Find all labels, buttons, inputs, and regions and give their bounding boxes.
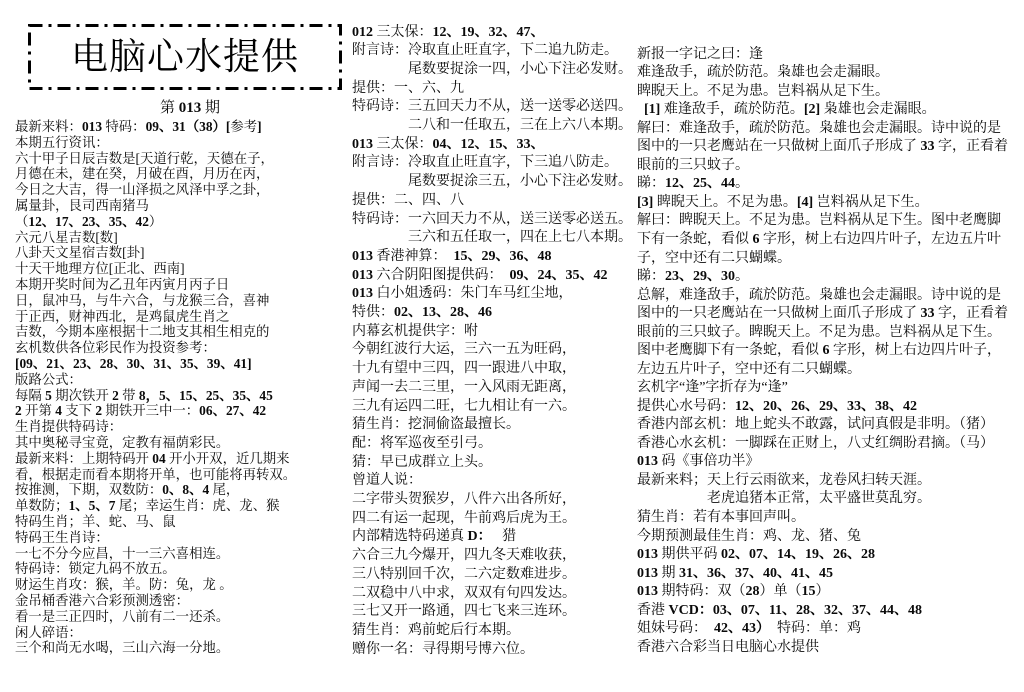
- text-segment: 带: [119, 388, 139, 403]
- bold-segment: 013: [637, 547, 658, 562]
- bold-segment: 1、5、7: [69, 498, 116, 513]
- text-segment: 看一是三正四时，八前有二一还杀。: [15, 609, 229, 624]
- text-segment: 三太保：: [373, 25, 433, 40]
- bold-segment: 06、27、42: [199, 403, 266, 418]
- bold-segment: 09、24、35、42: [510, 268, 608, 283]
- text-segment: 其中奥秘寻宝竟，定教有福荫彩民。: [15, 435, 229, 450]
- text-segment: 特码：: [102, 119, 146, 134]
- text-line: 玄机数供各位彩民作为投资参考：: [15, 340, 340, 356]
- text-segment: 猜生肖：若有本事回声叫。: [637, 510, 805, 525]
- text-segment: 今期预测最佳生肖：鸡、龙、猪、兔: [637, 529, 861, 544]
- text-line: 六十甲子日辰吉数是[天道行乾，天德在子，: [15, 151, 340, 167]
- bold-segment: 5: [45, 388, 52, 403]
- text-segment: 月德在未，建在癸，月破在酉，月历在丙，: [15, 166, 269, 181]
- text-segment: 二字带头贺猴岁，八件六出各所好，: [352, 492, 576, 507]
- bold-segment: 2: [15, 403, 22, 418]
- text-segment: 属量卦，艮司西南猪马: [15, 198, 149, 213]
- text-segment: 期: [658, 566, 679, 581]
- page-title: 电脑心水提供: [28, 24, 342, 90]
- bold-segment: 6: [753, 232, 760, 247]
- bold-segment: 012: [352, 25, 373, 40]
- text-line: 总解，难逢敌手，疏於防范。枭雄也会走漏眼。诗中说的是: [637, 287, 1009, 306]
- text-segment: 香港神算：: [373, 249, 454, 264]
- text-segment: 香港六合彩当日电脑心水提供: [637, 640, 819, 655]
- text-line: 013 期特码：双（28）单（15）: [637, 583, 1009, 602]
- text-line: 最新来料：上期特码开 04 开小开双，近几期来: [15, 451, 340, 467]
- text-segment: 二八和一任取五，三在上六八本期。: [408, 118, 632, 133]
- text-segment: 十九有望中三四，四一跟进八中取，: [352, 361, 576, 376]
- text-line: [09、21、23、28、30、31、35、39、41]: [15, 356, 340, 372]
- text-segment: 难逢敌手，疏於防范。: [660, 102, 804, 117]
- text-line: 看，根据走而看本期将开单，也可能将再转双。: [15, 467, 340, 483]
- bold-segment: [1]: [644, 102, 660, 117]
- text-segment: 解曰：难逢敌手，疏於防范。枭雄也会走漏眼。诗中说的是: [637, 121, 1001, 136]
- text-line: 013 期供平码 02、07、14、19、26、28: [637, 546, 1009, 565]
- text-line: 一七不分今应昌，十一三六喜相连。: [15, 546, 340, 562]
- text-line: 吉数，今期本座根据十二地支其相生相克的: [15, 324, 340, 340]
- text-line: 睇：23、29、30。: [637, 268, 1009, 287]
- text-segment: 三八特别回千次，二六定数难进步。: [352, 567, 576, 582]
- text-line: 附言诗：冷取直止旺直字，下三追八防走。: [352, 154, 634, 173]
- text-line: 附言诗：冷取直止旺直字，下二追九防走。: [352, 42, 634, 61]
- bold-segment: 15: [802, 584, 816, 599]
- text-line: 013 香港神算： 15、29、36、48: [352, 248, 634, 267]
- text-segment: 特码生肖；羊、蛇、马、鼠: [15, 514, 176, 529]
- text-segment: 三个和尚无水喝，三山六海一分地。: [15, 640, 229, 655]
- text-segment: 子，空中还有二只蝴蝶。: [637, 251, 791, 266]
- text-segment: 猜生肖：挖洞偷盗最擅长。: [352, 417, 520, 432]
- text-segment: 三七又开一路通，四七飞来三连环。: [352, 604, 576, 619]
- text-segment: 解曰：睥睨天上。不足为患。岂料祸从足下生。图中老鹰脚: [637, 213, 1001, 228]
- text-line: 生肖提供特码诗：: [15, 419, 340, 435]
- text-line: 013 三太保：04、12、15、33、: [352, 136, 634, 155]
- bold-segment: 0、8、4: [162, 482, 209, 497]
- text-segment: 猎: [492, 529, 517, 544]
- text-line: 六元八星吉数[数]: [15, 230, 340, 246]
- text-segment: 香港心水玄机：一脚踩在正财上，八丈红绸盼君摘。（马）: [637, 436, 994, 451]
- bold-segment: 12、25、44: [665, 176, 735, 191]
- text-line: 看一是三正四时，八前有二一还杀。: [15, 609, 340, 625]
- text-line: 图中老鹰脚下有一条蛇，看似 6 字形，树上右边四片叶子，: [637, 342, 1009, 361]
- text-line: 十天干地理方位[正北、西南]: [15, 261, 340, 277]
- text-segment: 老虎追猪本正常，太平盛世莫乱穷。: [707, 491, 931, 506]
- bold-segment: 02、13、28、46: [394, 305, 492, 320]
- text-segment: 开小开双，近几期来: [166, 451, 290, 466]
- text-segment: 难逢敌手，疏於防范。枭雄也会走漏眼。: [637, 65, 889, 80]
- text-segment: 三六和五任取一，四在上七八本期。: [408, 230, 632, 245]
- text-segment: 白小姐透码：朱门车马红尘地，: [373, 286, 573, 301]
- text-segment: 玄机字“逢”字折存为“逢”: [637, 380, 788, 395]
- bold-segment: 12、19、32、47、: [433, 25, 545, 40]
- text-segment: 字形，树上右边四片叶子，左边五片叶: [760, 232, 1002, 247]
- text-segment: 开第: [22, 403, 55, 418]
- bold-segment: 04: [152, 451, 165, 466]
- text-line: 单数防；1、5、7 尾；幸运生肖：虎、龙、猴: [15, 498, 340, 514]
- bold-segment: 2: [112, 388, 119, 403]
- text-line: 二双稳中八中求，双双有句四发达。: [352, 585, 634, 604]
- bold-segment: [4]: [797, 195, 813, 210]
- text-line: 每隔 5 期次铁开 2 带 8，5、15、25、35、45: [15, 388, 340, 404]
- text-line: 尾数要捉涂三五，小心下注必发财。: [352, 173, 634, 192]
- text-segment: 提供：二、四、八: [352, 193, 464, 208]
- text-segment: 生肖提供特码诗：: [15, 419, 122, 434]
- text-segment: 今朝红波行大运，三六一五为旺码，: [352, 342, 576, 357]
- text-line: 特码诗：三五回天力不从，送一送零必送四。: [352, 98, 634, 117]
- text-line: 013 期 31、36、37、40、41、45: [637, 565, 1009, 584]
- text-segment: 尾，: [209, 482, 239, 497]
- text-line: 012 三太保：12、19、32、47、: [352, 24, 634, 43]
- text-segment: 特码王生肖诗：: [15, 530, 109, 545]
- text-line: 八卦天文星宿吉数[卦]: [15, 245, 340, 261]
- text-line: 今朝红波行大运，三六一五为旺码，: [352, 341, 634, 360]
- text-segment: 吉数，今期本座根据十二地支其相生相克的: [15, 324, 269, 339]
- text-line: （12、17、23、35、42）: [15, 214, 340, 230]
- text-segment: 每隔: [15, 388, 45, 403]
- text-line: 眼前的三只蚊子。: [637, 157, 1009, 176]
- text-line: 老虎追猪本正常，太平盛世莫乱穷。: [637, 490, 1009, 509]
- text-line: 最新来料；天上行云雨欲来，龙卷风扫转天涯。: [637, 472, 1009, 491]
- text-segment: 。: [735, 176, 749, 191]
- text-segment: 内部精选特码递真: [352, 529, 468, 544]
- text-segment: 六合阴阳图提供码：: [373, 268, 510, 283]
- text-segment: 左边五片叶子，空中还有二只蝴蝶。: [637, 362, 861, 377]
- text-line: 金吊桶香港六合彩预测透密：: [15, 593, 340, 609]
- bold-segment: [2]: [804, 102, 820, 117]
- bold-segment: 013: [82, 119, 102, 134]
- text-line: 四二有运一起现，牛前鸡后虎为王。: [352, 510, 634, 529]
- text-segment: 三九有运四二旺，七九相让有一六。: [352, 399, 576, 414]
- text-segment: （: [15, 214, 28, 229]
- text-segment: 下有一条蛇，看似: [637, 232, 753, 247]
- bold-segment: [09、21、23、28、30、31、35、39、41]: [15, 356, 252, 371]
- text-segment: 三太保：: [373, 137, 433, 152]
- issue-heading: 第 013 期: [160, 98, 220, 118]
- text-line: 子，空中还有二只蝴蝶。: [637, 250, 1009, 269]
- text-segment: 今日之大吉，得一山泽损之风泽中孚之卦，: [15, 182, 269, 197]
- text-segment: 猜：早已成群立上头。: [352, 455, 492, 470]
- text-segment: 一七不分今应昌，十一三六喜相连。: [15, 546, 229, 561]
- text-segment: 睇：: [637, 269, 665, 284]
- text-line: 闲人碎语：: [15, 625, 340, 641]
- text-segment: 字形，树上右边四片叶子，: [830, 343, 1002, 358]
- text-segment: 特码诗：一六回天力不从，送三送零必送五。: [352, 212, 632, 227]
- text-segment: 四二有运一起现，牛前鸡后虎为王。: [352, 511, 576, 526]
- text-line: 内幕玄机提供字：咐: [352, 323, 634, 342]
- text-line: 尾数要捉涂一四，小心下注必发财。: [352, 61, 634, 80]
- text-segment: 图中的一只老鹰站在一只做树上面爪子形成了: [637, 306, 921, 321]
- text-line: 三七又开一路通，四七飞来三连环。: [352, 603, 634, 622]
- text-line: 2 开第 4 支下 2 期铁开三中一：06、27、42: [15, 403, 340, 419]
- text-line: [3] 睥睨天上。不足为患。[4] 岂料祸从足下生。: [637, 194, 1009, 213]
- text-line: 猜生肖：若有本事回声叫。: [637, 509, 1009, 528]
- text-segment: 附言诗：冷取直止旺直字，下二追九防走。: [352, 43, 618, 58]
- text-segment: ）: [149, 214, 162, 229]
- bold-segment: 12、17、23、35、42: [28, 214, 149, 229]
- text-segment: 最新来料；天上行云雨欲来，龙卷风扫转天涯。: [637, 473, 931, 488]
- bold-segment: 013: [352, 286, 373, 301]
- text-line: 于正西，财神西北，是鸡鼠虎生肖之: [15, 309, 340, 325]
- issue-suffix: 期: [201, 100, 220, 116]
- text-line: 新报一字记之曰：逢: [637, 46, 1009, 65]
- text-line: 左边五片叶子，空中还有二只蝴蝶。: [637, 361, 1009, 380]
- text-line: 三个和尚无水喝，三山六海一分地。: [15, 640, 340, 656]
- bold-segment: 013: [637, 584, 658, 599]
- text-line: 本期五行资讯：: [15, 135, 340, 151]
- text-line: 013 六合阴阳图提供码： 09、24、35、42: [352, 267, 634, 286]
- text-line: 十九有望中三四，四一跟进八中取，: [352, 360, 634, 379]
- bold-segment: [3]: [637, 195, 653, 210]
- bold-segment: 4: [55, 403, 62, 418]
- text-segment: 尾；幸运生肖：虎、龙、猴: [115, 498, 279, 513]
- text-segment: 于正西，财神西北，是鸡鼠虎生肖之: [15, 309, 229, 324]
- text-segment: 字，正看着: [935, 139, 1009, 154]
- text-line: 声闻一去二三里，一入风雨无距离，: [352, 379, 634, 398]
- text-segment: 闲人碎语：: [15, 625, 82, 640]
- text-line: 二八和一任取五，三在上六八本期。: [352, 117, 634, 136]
- text-line: 013 白小姐透码：朱门车马红尘地，: [352, 285, 634, 304]
- text-segment: 期铁开三中一：: [102, 403, 199, 418]
- text-segment: 枭雄也会走漏眼。: [820, 102, 936, 117]
- text-line: 图中的一只老鹰站在一只做树上面爪子形成了 33 字，正看着: [637, 138, 1009, 157]
- bold-segment: 02、07、14、19、26、28: [721, 547, 875, 562]
- text-segment: 姐妹号码：: [637, 621, 714, 636]
- text-line: 眼前的三只蚊子。睥睨天上。不足为患。岂料祸从足下生。: [637, 324, 1009, 343]
- bold-segment: 6: [823, 343, 830, 358]
- middle-column: 012 三太保：12、19、32、47、附言诗：冷取直止旺直字，下二追九防走。尾…: [352, 24, 634, 660]
- bold-segment: 013: [637, 566, 658, 581]
- text-segment: 睥睨天上。不足为患。岂料祸从足下生。: [637, 84, 889, 99]
- text-segment: 本期开奖时间为乙丑年丙寅月丙子日: [15, 277, 229, 292]
- text-line: 解曰：睥睨天上。不足为患。岂料祸从足下生。图中老鹰脚: [637, 212, 1009, 231]
- text-line: 提供心水号码：12、20、26、29、33、38、42: [637, 398, 1009, 417]
- text-segment: 二双稳中八中求，双双有句四发达。: [352, 586, 576, 601]
- text-segment: 图中的一只老鹰站在一只做树上面爪子形成了: [637, 139, 921, 154]
- bold-segment: 04、12、15、33、: [433, 137, 545, 152]
- text-line: 猜生肖：鸡前蛇后行本期。: [352, 622, 634, 641]
- text-line: 三六和五任取一，四在上七八本期。: [352, 229, 634, 248]
- text-segment: 财运生肖攻：猴，羊。防：兔，龙 。: [15, 577, 233, 592]
- text-segment: 字，正看着: [935, 306, 1009, 321]
- text-line: 难逢敌手，疏於防范。枭雄也会走漏眼。: [637, 64, 1009, 83]
- text-segment: 曾道人说：: [352, 473, 422, 488]
- text-segment: 期特码：双（: [658, 584, 746, 599]
- text-segment: 岂料祸从足下生。: [813, 195, 929, 210]
- text-segment: 最新来料：: [15, 119, 82, 134]
- text-segment: 支下: [62, 403, 95, 418]
- text-line: 特码诗：一六回天力不从，送三送零必送五。: [352, 211, 634, 230]
- text-line: 曾道人说：: [352, 472, 634, 491]
- text-line: 日，鼠冲马，与牛六合，与龙猴三合，喜神: [15, 293, 340, 309]
- text-segment: 期供平码: [658, 547, 721, 562]
- bold-segment: 33: [921, 139, 935, 154]
- text-line: 今期预测最佳生肖：鸡、龙、猪、兔: [637, 528, 1009, 547]
- text-line: 今日之大吉，得一山泽损之风泽中孚之卦，: [15, 182, 340, 198]
- text-segment: 期次铁开: [52, 388, 112, 403]
- text-segment: ）: [816, 584, 830, 599]
- text-line: 下有一条蛇，看似 6 字形，树上右边四片叶子，左边五片叶: [637, 231, 1009, 250]
- bold-segment: 013: [352, 137, 373, 152]
- text-segment: 最新来料：上期特码开: [15, 451, 152, 466]
- text-line: 版路公式：: [15, 372, 340, 388]
- text-line: 属量卦，艮司西南猪马: [15, 198, 340, 214]
- text-segment: 附言诗：冷取直止旺直字，下三追八防走。: [352, 155, 618, 170]
- text-segment: 六合三九今爆开，四九冬天难收获，: [352, 548, 576, 563]
- text-segment: 八卦天文星宿吉数[卦]: [15, 245, 144, 260]
- text-segment: 尾数要捉涂三五，小心下注必发财。: [408, 174, 632, 189]
- text-line: 财运生肖攻：猴，羊。防：兔，龙 。: [15, 577, 340, 593]
- text-segment: 新报一字记之曰：逢: [637, 47, 763, 62]
- text-segment: 单数防；: [15, 498, 69, 513]
- text-line: 配：将军巡夜至引弓。: [352, 435, 634, 454]
- bold-segment: 013: [352, 268, 373, 283]
- text-segment: 。: [735, 269, 749, 284]
- text-line: 香港六合彩当日电脑心水提供: [637, 639, 1009, 658]
- text-segment: 六元八星吉数[数]: [15, 230, 118, 245]
- text-line: 提供：二、四、八: [352, 192, 634, 211]
- text-line: 提供：一、六、九: [352, 80, 634, 99]
- left-column: 最新来料：013 特码：09、31（38）[参考]本期五行资讯：六十甲子日辰吉数…: [15, 119, 340, 656]
- text-segment: 总解，难逢敌手，疏於防范。枭雄也会走漏眼。诗中说的是: [637, 288, 1001, 303]
- text-segment: 眼前的三只蚊子。睥睨天上。不足为患。岂料祸从足下生。: [637, 325, 1001, 340]
- bold-segment: 28: [746, 584, 760, 599]
- text-segment: 内幕玄机提供字：咐: [352, 324, 478, 339]
- text-line: 特码生肖；羊、蛇、马、鼠: [15, 514, 340, 530]
- bold-segment: D：: [468, 529, 492, 544]
- text-line: 二字带头贺猴岁，八件六出各所好，: [352, 491, 634, 510]
- text-line: 香港心水玄机：一脚踩在正财上，八丈红绸盼君摘。（马）: [637, 435, 1009, 454]
- bold-segment: 33: [921, 306, 935, 321]
- bold-segment: 8，5、15、25、35、45: [139, 388, 273, 403]
- text-line: 最新来料：013 特码：09、31（38）[参考]: [15, 119, 340, 135]
- text-segment: 玄机数供各位彩民作为投资参考：: [15, 340, 216, 355]
- text-line: 香港 VCD：03、07、11、28、32、37、44、48: [637, 602, 1009, 621]
- text-segment: 特码诗：三五回天力不从，送一送零必送四。: [352, 99, 632, 114]
- text-segment: 提供：一、六、九: [352, 81, 464, 96]
- text-line: 猜生肖：挖洞偷盗最擅长。: [352, 416, 634, 435]
- text-line: 特码王生肖诗：: [15, 530, 340, 546]
- text-line: 内部精选特码递真 D： 猎: [352, 528, 634, 547]
- text-line: 月德在未，建在癸，月破在酉，月历在丙，: [15, 166, 340, 182]
- text-segment: 特供：: [352, 305, 394, 320]
- title-box: 电脑心水提供: [28, 24, 342, 90]
- text-line: 解曰：难逢敌手，疏於防范。枭雄也会走漏眼。诗中说的是: [637, 120, 1009, 139]
- text-segment: 特码：单：鸡: [770, 621, 861, 636]
- bold-segment: 013: [352, 249, 373, 264]
- text-segment: 尾数要捉涂一四，小心下注必发财。: [408, 62, 632, 77]
- bold-segment: 09、31（38）[: [146, 119, 231, 134]
- text-line: 三九有运四二旺，七九相让有一六。: [352, 398, 634, 417]
- bold-segment: 23、29、30: [665, 269, 735, 284]
- text-segment: 参考: [230, 119, 257, 134]
- text-segment: 香港内部玄机：地上蛇头不敢露，试问真假是非明。（猪）: [637, 417, 994, 432]
- text-segment: 版路公式：: [15, 372, 82, 387]
- text-segment: 提供心水号码：: [637, 399, 735, 414]
- text-line: 睥睨天上。不足为患。岂料祸从足下生。: [637, 83, 1009, 102]
- bold-segment: 31、36、37、40、41、45: [679, 566, 833, 581]
- text-segment: 赠你一名：寻得期号博六位。: [352, 642, 534, 657]
- text-line: [1] 难逢敌手，疏於防范。[2] 枭雄也会走漏眼。: [637, 101, 1009, 120]
- text-line: 013 码《事倍功半》: [637, 453, 1009, 472]
- issue-prefix: 第: [160, 100, 179, 116]
- text-segment: 香港: [637, 603, 669, 618]
- bold-segment: ]: [257, 119, 261, 134]
- text-segment: 图中老鹰脚下有一条蛇，看似: [637, 343, 823, 358]
- text-segment: 本期五行资讯：: [15, 135, 109, 150]
- text-line: 按推测，下期，双数防：0、8、4 尾，: [15, 482, 340, 498]
- text-line: 六合三九今爆开，四九冬天难收获，: [352, 547, 634, 566]
- text-segment: 看，根据走而看本期将开单，也可能将再转双。: [15, 467, 296, 482]
- text-line: 香港内部玄机：地上蛇头不敢露，试问真假是非明。（猪）: [637, 416, 1009, 435]
- text-line: 其中奥秘寻宝竟，定教有福荫彩民。: [15, 435, 340, 451]
- text-line: 玄机字“逢”字折存为“逢”: [637, 379, 1009, 398]
- text-line: 本期开奖时间为乙丑年丙寅月丙子日: [15, 277, 340, 293]
- text-line: 图中的一只老鹰站在一只做树上面爪子形成了 33 字，正看着: [637, 305, 1009, 324]
- text-segment: 十天干地理方位[正北、西南]: [15, 261, 185, 276]
- text-segment: 码《事倍功半》: [658, 454, 760, 469]
- text-line: 特码诗：锁定九码不放五。: [15, 561, 340, 577]
- bold-segment: 013: [637, 454, 658, 469]
- text-segment: 金吊桶香港六合彩预测透密：: [15, 593, 189, 608]
- bold-segment: 42、43）: [714, 621, 770, 636]
- issue-number: 013: [179, 100, 202, 116]
- text-segment: 按推测，下期，双数防：: [15, 482, 162, 497]
- text-segment: 六十甲子日辰吉数是[天道行乾，天德在子，: [15, 151, 274, 166]
- text-segment: 睥睨天上。不足为患。: [653, 195, 797, 210]
- text-segment: ）单（: [760, 584, 802, 599]
- text-line: 特供：02、13、28、46: [352, 304, 634, 323]
- text-segment: 配：将军巡夜至引弓。: [352, 436, 492, 451]
- bold-segment: 12、20、26、29、33、38、42: [735, 399, 917, 414]
- right-column: 新报一字记之曰：逢难逢敌手，疏於防范。枭雄也会走漏眼。睥睨天上。不足为患。岂料祸…: [637, 46, 1009, 658]
- text-line: 三八特别回千次，二六定数难进步。: [352, 566, 634, 585]
- text-segment: 猜生肖：鸡前蛇后行本期。: [352, 623, 520, 638]
- text-segment: 日，鼠冲马，与牛六合，与龙猴三合，喜神: [15, 293, 269, 308]
- bold-segment: 15、29、36、48: [454, 249, 552, 264]
- text-line: 猜：早已成群立上头。: [352, 454, 634, 473]
- text-line: 赠你一名：寻得期号博六位。: [352, 641, 634, 660]
- text-segment: 声闻一去二三里，一入风雨无距离，: [352, 380, 576, 395]
- bold-segment: VCD：03、07、11、28、32、37、44、48: [669, 603, 923, 618]
- text-segment: 睇：: [637, 176, 665, 191]
- text-line: 姐妹号码： 42、43） 特码：单：鸡: [637, 620, 1009, 639]
- text-segment: 眼前的三只蚊子。: [637, 158, 749, 173]
- text-segment: 特码诗：锁定九码不放五。: [15, 561, 176, 576]
- text-line: 睇：12、25、44。: [637, 175, 1009, 194]
